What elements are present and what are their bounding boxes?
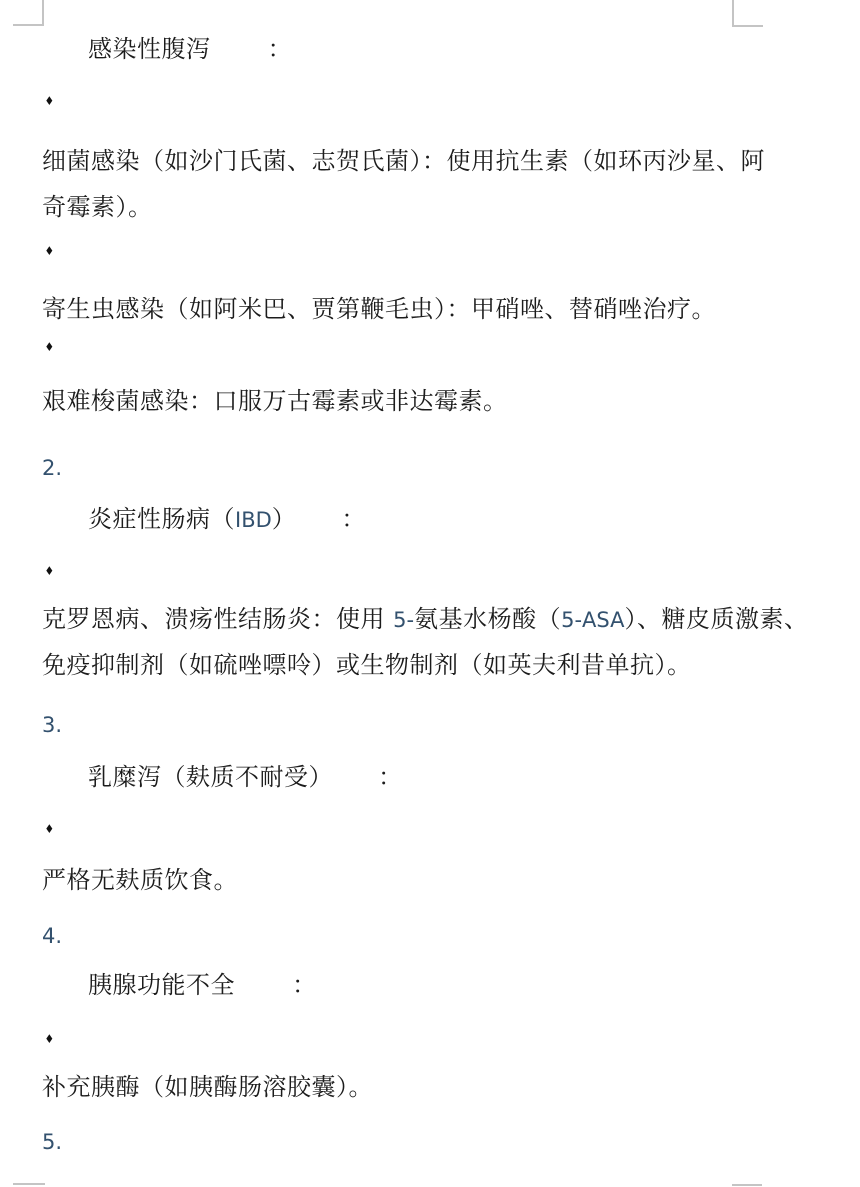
text-run: 炎症性肠病（ xyxy=(88,505,235,533)
text-run: 感染性腹泻 ： xyxy=(88,35,292,63)
bullet-icon: ♦ xyxy=(45,817,55,841)
latin-text-run: IBD xyxy=(235,508,272,532)
text-run: ） ： xyxy=(272,505,366,533)
heading-line: 感染性腹泻 ： xyxy=(88,26,292,72)
list-number: 3. xyxy=(42,713,62,737)
text-run: 乳糜泻（麸质不耐受） ： xyxy=(88,763,403,791)
heading-line: 胰腺功能不全 ： xyxy=(88,962,317,1008)
bullet-icon: ♦ xyxy=(45,89,55,113)
bullet-marker: ♦ xyxy=(44,88,55,113)
corner-mark-line xyxy=(13,1183,45,1185)
bullet-marker: ♦ xyxy=(44,238,55,263)
text-line: 免疫抑制剂（如硫唑嘌呤）或生物制剂（如英夫利昔单抗）。 xyxy=(42,642,808,688)
text-line: 寄生虫感染（如阿米巴、贾第鞭毛虫）：甲硝唑、替硝唑治疗。 xyxy=(42,286,716,332)
list-number: 2. xyxy=(42,456,62,480)
heading-line: 炎症性肠病（IBD） ： xyxy=(88,496,366,542)
bullet-icon: ♦ xyxy=(45,239,55,263)
latin-text-run: 5- xyxy=(393,608,414,632)
bullet-marker: ♦ xyxy=(44,816,55,841)
paragraph: 细菌感染（如沙门氏菌、志贺氏菌）：使用抗生素（如环丙沙星、阿奇霉素）。 xyxy=(42,138,765,230)
text-line: 细菌感染（如沙门氏菌、志贺氏菌）：使用抗生素（如环丙沙星、阿 xyxy=(42,138,765,184)
text-run: 补充胰酶（如胰酶肠溶胶囊）。 xyxy=(42,1073,373,1101)
text-line: 严格无麸质饮食。 xyxy=(42,857,238,903)
bullet-icon: ♦ xyxy=(45,559,55,583)
text-run: 严格无麸质饮食。 xyxy=(42,866,238,894)
list-number-text: 4. xyxy=(42,924,62,948)
text-line: 炎症性肠病（IBD） ： xyxy=(88,496,366,542)
corner-mark-line xyxy=(732,25,763,27)
text-run: 胰腺功能不全 ： xyxy=(88,971,317,999)
paragraph: 寄生虫感染（如阿米巴、贾第鞭毛虫）：甲硝唑、替硝唑治疗。 xyxy=(42,286,716,332)
heading-line: 乳糜泻（麸质不耐受） ： xyxy=(88,754,403,800)
text-line: 乳糜泻（麸质不耐受） ： xyxy=(88,754,403,800)
paragraph: 克罗恩病、溃疡性结肠炎：使用 5-氨基水杨酸（5-ASA）、糖皮质激素、免疫抑制… xyxy=(42,596,808,688)
list-number-text: 5. xyxy=(42,1130,62,1154)
text-line: 克罗恩病、溃疡性结肠炎：使用 5-氨基水杨酸（5-ASA）、糖皮质激素、 xyxy=(42,596,808,642)
latin-text-run: 5-ASA xyxy=(561,608,624,632)
list-number-text: 2. xyxy=(42,456,62,480)
text-line: 感染性腹泻 ： xyxy=(88,26,292,72)
corner-mark-line xyxy=(732,1184,762,1186)
text-run: 细菌感染（如沙门氏菌、志贺氏菌）：使用抗生素（如环丙沙星、阿 xyxy=(42,147,765,175)
paragraph: 补充胰酶（如胰酶肠溶胶囊）。 xyxy=(42,1064,373,1110)
text-line: 奇霉素）。 xyxy=(42,184,765,230)
corner-mark-line xyxy=(42,0,44,26)
text-run: 奇霉素）。 xyxy=(42,193,153,221)
bullet-marker: ♦ xyxy=(44,558,55,583)
corner-mark-line xyxy=(732,0,734,27)
paragraph: 艰难梭菌感染：口服万古霉素或非达霉素。 xyxy=(42,378,508,424)
bullet-icon: ♦ xyxy=(45,1027,55,1051)
text-run: 氨基水杨酸（ xyxy=(414,605,561,633)
list-number: 5. xyxy=(42,1130,62,1154)
text-run: 克罗恩病、溃疡性结肠炎：使用 xyxy=(42,605,393,633)
text-run: 艰难梭菌感染：口服万古霉素或非达霉素。 xyxy=(42,387,508,415)
bullet-icon: ♦ xyxy=(45,335,55,359)
bullet-marker: ♦ xyxy=(44,334,55,359)
text-line: 艰难梭菌感染：口服万古霉素或非达霉素。 xyxy=(42,378,508,424)
list-number: 4. xyxy=(42,924,62,948)
paragraph: 严格无麸质饮食。 xyxy=(42,857,238,903)
list-number-text: 3. xyxy=(42,713,62,737)
text-line: 胰腺功能不全 ： xyxy=(88,962,317,1008)
bullet-marker: ♦ xyxy=(44,1026,55,1051)
text-run: ）、糖皮质激素、 xyxy=(624,605,808,633)
text-line: 补充胰酶（如胰酶肠溶胶囊）。 xyxy=(42,1064,373,1110)
text-run: 免疫抑制剂（如硫唑嘌呤）或生物制剂（如英夫利昔单抗）。 xyxy=(42,651,692,679)
text-run: 寄生虫感染（如阿米巴、贾第鞭毛虫）：甲硝唑、替硝唑治疗。 xyxy=(42,295,716,323)
corner-mark-line xyxy=(13,24,44,26)
